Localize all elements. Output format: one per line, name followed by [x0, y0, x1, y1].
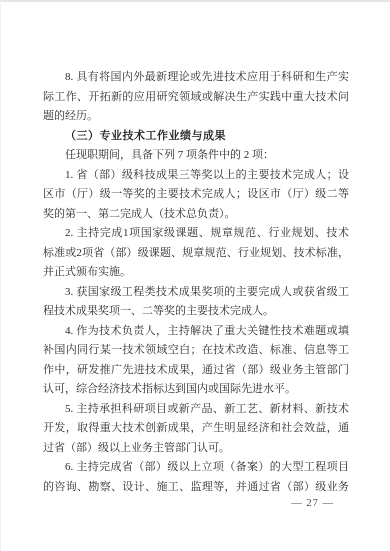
- text-line: 奖的第一、第二完成人（技术总负责）。: [43, 205, 349, 225]
- text-line: 补国内同行某一技术领域空白；在技术改造、标准、信息等工: [43, 341, 349, 361]
- section-heading: （三）专业技术工作业绩与成果: [43, 127, 349, 147]
- text-line: 题的经历。: [43, 107, 349, 127]
- text-line: 3. 获国家级工程类技术成果奖项的主要完成人或获省级工: [43, 283, 349, 303]
- text-line: 2. 主持完成1项国家级课题、规章规范、行业规划、技术: [43, 224, 349, 244]
- text-line: 任现职期间，具备下列 7 项条件中的 2 项：: [43, 146, 349, 166]
- text-line: 开发，取得重大技术创新成果，产生明显经济和社会效益，通: [43, 419, 349, 439]
- text-line: 并正式颁布实施。: [43, 263, 349, 283]
- text-line: 标准或2项省（部）级课题、规章规范、行业规划、技术标准，: [43, 244, 349, 264]
- page-number: — 27 —: [291, 498, 334, 509]
- text-line: 区市（厅）级一等奖的主要技术完成人；设区市（厅）级二等: [43, 185, 349, 205]
- text-line: 作中，研发推广先进技术成果，通过省（部）级业务主管部门: [43, 361, 349, 381]
- text-line: 际工作、开拓新的应用研究领域或解决生产实践中重大技术问: [43, 88, 349, 108]
- text-line: 的咨询、勘察、设计、施工、监理等，并通过省（部）级业务: [43, 478, 349, 498]
- document-page: 8. 具有将国内外最新理论或先进技术应用于科研和生产实际工作、开拓新的应用研究领…: [0, 0, 390, 551]
- text-line: 5. 主持承担科研项目或新产品、新工艺、新材料、新技术: [43, 400, 349, 420]
- text-line: 1. 省（部）级科技成果三等奖以上的主要技术完成人；设: [43, 166, 349, 186]
- text-line: 程技术成果奖项一、二等奖的主要技术完成人。: [43, 302, 349, 322]
- text-line: 过省（部）级以上业务主管部门认可。: [43, 439, 349, 459]
- text-line: 6. 主持完成省（部）级以上立项（备案）的大型工程项目: [43, 458, 349, 478]
- text-line: 8. 具有将国内外最新理论或先进技术应用于科研和生产实: [43, 68, 349, 88]
- text-line: 认可，综合经济技术指标达到国内或国际先进水平。: [43, 380, 349, 400]
- text-lines: 8. 具有将国内外最新理论或先进技术应用于科研和生产实际工作、开拓新的应用研究领…: [43, 68, 349, 497]
- text-line: 4. 作为技术负责人，主持解决了重大关键性技术难题或填: [43, 322, 349, 342]
